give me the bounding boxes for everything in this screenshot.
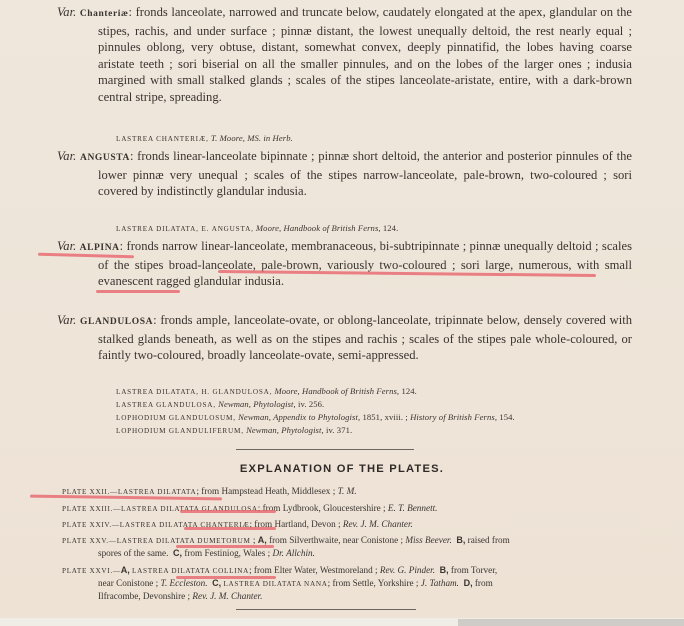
plate-collector: Rev. J. M. Chanter. [192,591,262,601]
ref-name: Lastrea Chanteriæ, [116,135,209,143]
plate-location: from Torver, [451,565,497,575]
reference-line: Lophodium glandulosum, Newman, Appendix … [116,411,515,425]
variety-name: Chanteriæ [80,9,129,19]
plate-location: ; from Elter Water, Westmoreland ; [249,565,377,575]
variety-chanteriae: Var. Chanteriæ: fronds lanceolate, narro… [57,4,632,106]
plate-collector: E. T. Bennett. [388,503,438,513]
plate-location: ; from Hampstead Heath, Middlesex ; [196,486,335,496]
plate-species: Lastrea dilatata collina [132,567,249,575]
plate-letter: A, [258,535,267,545]
variety-description: fronds linear-lanceolate bipinnate ; pin… [98,149,632,198]
plate-species: Lastrea dilatata dumetorum [117,537,251,545]
ref-page: 124. [401,386,416,396]
ref-name: Lophodium glandulosum, [116,414,236,422]
section-divider [236,449,414,450]
variety-glandulosa: Var. glandulosa: fronds ample, lanceolat… [57,312,632,364]
plate-letter: B, [456,535,465,545]
var-prefix: Var. [57,239,76,253]
plate-collector: T. Eccleston. [161,578,208,588]
plate-label: Plate XXIII.— [62,505,121,513]
colon: : [120,239,124,253]
variety-name: alpina [80,243,120,253]
plate-entry-continued: spores of the same. C, from Festiniog, W… [98,546,315,560]
highlight-mark [176,545,274,548]
reference-line: Lastrea glandulosa, Newman, Phytologist,… [116,398,324,412]
viewer-bottom-bar [0,618,684,626]
variety-alpina: Var. alpina: fronds narrow linear-lanceo… [57,238,632,290]
plate-letter: C, [173,548,182,558]
plate-entry: Plate XXIII.—Lastrea dilatata glandulosa… [62,501,437,516]
plate-location: near Conistone ; [98,578,158,588]
plate-letter: D, [464,578,473,588]
plate-location: raised from [468,535,510,545]
horizontal-scrollbar[interactable] [458,619,684,626]
plate-location: ; from Lydbrook, Gloucestershire ; [258,503,386,513]
variety-name: glandulosa [80,317,153,327]
ref-page: iv. 371. [326,425,352,435]
variety-name: angusta [80,153,130,163]
plate-letter: A, [121,565,130,575]
plate-label: Plate XXVI.— [62,567,121,575]
reference-line: Lophodium glanduliferum, Newman, Phytolo… [116,424,352,438]
colon: : [130,149,134,163]
highlight-mark [176,576,276,579]
colon: : [153,313,157,327]
variety-description: fronds ample, lanceolate-ovate, or oblon… [98,313,632,362]
ref-page: 1851, xviii. ; [362,412,407,422]
plate-label: Plate XXV.— [62,537,117,545]
plate-letter: C, [212,578,221,588]
plate-entry-continued: Ilfracombe, Devonshire ; Rev. J. M. Chan… [98,589,262,603]
plate-location: from Festiniog, Wales ; [184,548,270,558]
ref-name: Lophodium glanduliferum, [116,427,244,435]
highlight-mark [180,510,276,513]
ref-citation: History of British Ferns, [410,412,497,422]
plate-collector: Miss Beever. [405,535,451,545]
book-page: Var. Chanteriæ: fronds lanceolate, narro… [0,0,684,618]
ref-citation: T. Moore, MS. in Herb. [211,133,293,143]
plate-location: from [475,578,493,588]
var-prefix: Var. [57,313,76,327]
ref-name: Lastrea dilatata, ε. angusta, [116,225,254,233]
var-prefix: Var. [57,149,76,163]
colon: : [129,5,133,19]
ref-citation: Moore, Handbook of British Ferns, [274,386,399,396]
highlight-mark [184,527,276,530]
ref-name: Lastrea dilatata, η. glandulosa, [116,388,272,396]
variety-angusta: Var. angusta: fronds linear-lanceolate b… [57,148,632,200]
plate-species: Lastrea dilatata nana [223,580,327,588]
var-prefix: Var. [57,5,76,19]
ref-citation: Newman, Phytologist, [246,425,324,435]
plate-collector: Rev. G. Pinder. [380,565,435,575]
ref-page: 154. [499,412,514,422]
plate-letter: B, [440,565,449,575]
end-divider [236,609,416,610]
plate-location: from Silverthwaite, near Conistone ; [269,535,403,545]
reference-line: Lastrea dilatata, η. glandulosa, Moore, … [116,385,417,399]
ref-page: iv. 256. [298,399,324,409]
ref-citation: Newman, Appendix to Phytologist, [238,412,360,422]
plate-species: Lastrea dilatata [118,488,197,496]
plate-label: Plate XXIV.— [62,521,120,529]
highlight-mark [96,290,180,293]
plate-collector: J. Tatham. [421,578,459,588]
plate-collector: T. M. [338,486,357,496]
variety-description-part: fronds narrow linear-lanceolate, membran… [127,239,602,253]
plate-collector: Dr. Allchin. [272,548,314,558]
plates-heading: EXPLANATION OF THE PLATES. [0,463,684,475]
ref-page: 124. [383,223,398,233]
variety-description: fronds lanceolate, narrowed and truncate… [98,5,632,104]
plate-location: Ilfracombe, Devonshire ; [98,591,190,601]
ref-citation: Newman, Phytologist, [218,399,296,409]
plate-collector: Rev. J. M. Chanter. [343,519,413,529]
plate-location: ; from Settle, Yorkshire ; [328,578,419,588]
ref-citation: Moore, Handbook of British Ferns, [256,223,381,233]
ref-name: Lastrea glandulosa, [116,401,216,409]
reference-line: Lastrea dilatata, ε. angusta, Moore, Han… [116,222,398,236]
plate-location: spores of the same. [98,548,168,558]
reference-line: Lastrea Chanteriæ, T. Moore, MS. in Herb… [116,132,293,146]
